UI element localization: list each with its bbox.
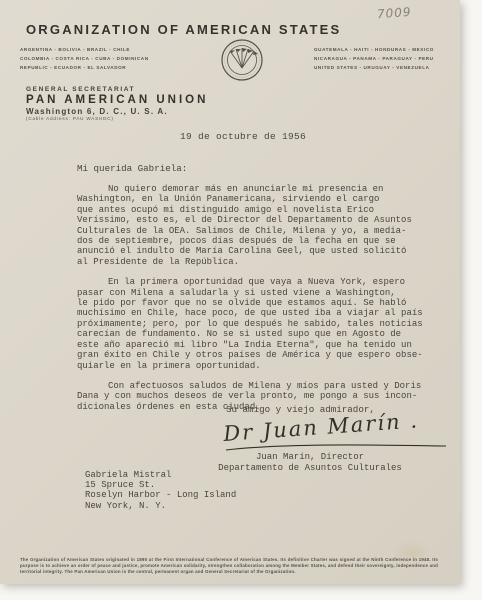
salutation: Mi querida Gabriela: (77, 163, 187, 174)
letter-date: 19 de octubre de 1956 (180, 131, 306, 142)
member-countries-right: GUATEMALA - HAITI - HONDURAS - MEXICO NI… (314, 45, 434, 72)
oas-seal-icon (220, 38, 264, 87)
letter-body: No quiero demorar más en anunciarle mi p… (77, 184, 425, 422)
recipient-address: Gabriela Mistral 15 Spruce St. Roselyn H… (85, 470, 236, 511)
letterhead-footer-text: The Organization of American States orig… (20, 557, 438, 575)
org-title: ORGANIZATION OF AMERICAN STATES (26, 22, 460, 37)
paragraph-2: En la primera oportunidad que vaya a Nue… (77, 277, 425, 371)
typed-signer-block: Juan Marín, Director Departamento de Asu… (218, 452, 402, 473)
signer-department: Departamento de Asuntos Culturales (218, 463, 402, 474)
letter-paper: 7009 ORGANIZATION OF AMERICAN STATES ARG… (0, 0, 460, 584)
general-secretariat-line: GENERAL SECRETARIAT (26, 86, 460, 93)
paragraph-1: No quiero demorar más en anunciarle mi p… (77, 184, 425, 267)
archive-number-handwritten: 7009 (377, 5, 412, 21)
member-countries-left: ARGENTINA - BOLIVIA - BRAZIL - CHILE COL… (20, 45, 149, 72)
signature-script-text: Dr Juan Marín . (222, 412, 420, 446)
signer-name: Juan Marín, Director (218, 452, 402, 463)
cable-address-line: (Cable Address: PAU WASHDC) (26, 116, 460, 121)
city-line: Washington 6, D. C., U. S. A. (26, 107, 460, 116)
pan-american-union-line: PAN AMERICAN UNION (26, 94, 460, 106)
scanned-letter: 7009 ORGANIZATION OF AMERICAN STATES ARG… (0, 0, 482, 600)
